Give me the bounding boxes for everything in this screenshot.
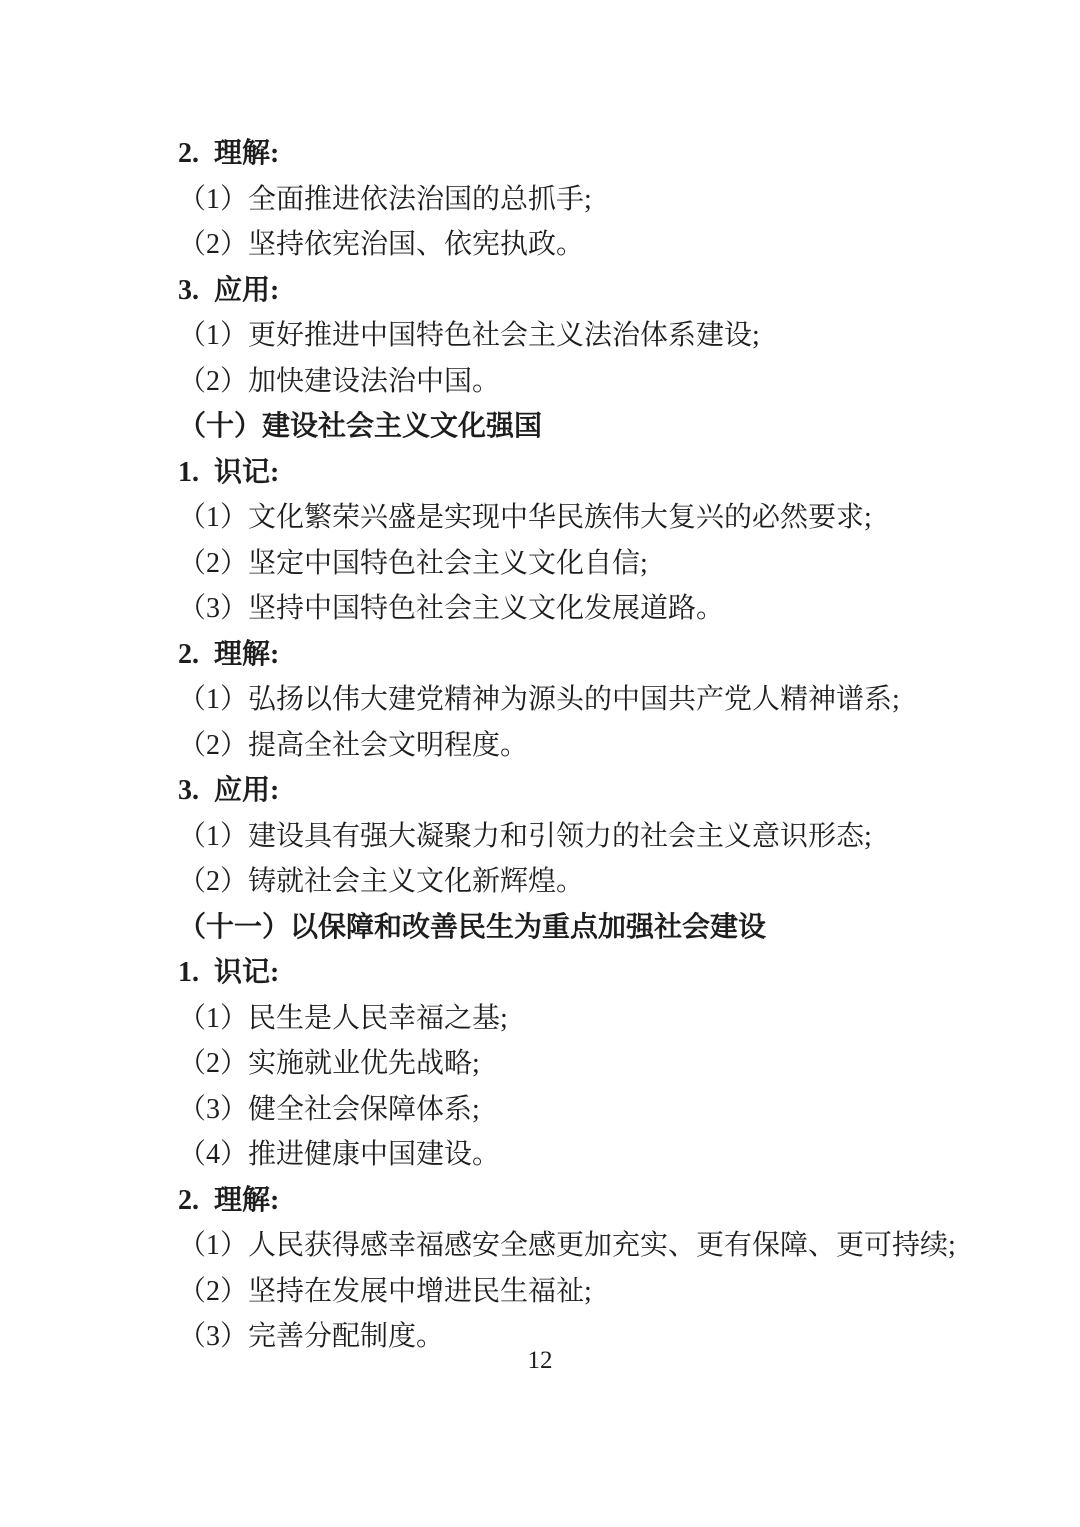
point-number: 3. <box>178 768 199 814</box>
outline-item: （4）推进健康中国建设。 <box>178 1132 956 1178</box>
outline-item: （2）坚持在发展中增进民生福祉; <box>178 1269 956 1315</box>
point-label: 理解: <box>214 138 279 169</box>
point-label: 理解: <box>214 1185 279 1216</box>
outline-point-heading: 1.识记: <box>178 450 956 496</box>
outline-item: （3）健全社会保障体系; <box>178 1087 956 1133</box>
outline-point-heading: 3.应用: <box>178 768 956 814</box>
page-number: 12 <box>0 1347 1080 1375</box>
outline-point-heading: 2.理解: <box>178 1178 956 1224</box>
outline-item: （2）提高全社会文明程度。 <box>178 723 956 769</box>
outline-item: （1）全面推进依法治国的总抓手; <box>178 177 956 223</box>
point-label: 识记: <box>214 457 279 488</box>
outline-item: （3）坚持中国特色社会主义文化发展道路。 <box>178 586 956 632</box>
outline-item: （2）加快建设法治中国。 <box>178 359 956 405</box>
outline-item: （1）弘扬以伟大建党精神为源头的中国共产党人精神谱系; <box>178 677 956 723</box>
point-number: 1. <box>178 450 199 496</box>
outline-item: （1）更好推进中国特色社会主义法治体系建设; <box>178 313 956 359</box>
outline-point-heading: 3.应用: <box>178 268 956 314</box>
point-label: 理解: <box>214 639 279 670</box>
outline-item: （1）人民获得感幸福感安全感更加充实、更有保障、更可持续; <box>178 1223 956 1269</box>
point-number: 2. <box>178 131 199 177</box>
outline-item: （2）实施就业优先战略; <box>178 1041 956 1087</box>
point-label: 应用: <box>214 275 279 306</box>
outline-item: （2）铸就社会主义文化新辉煌。 <box>178 859 956 905</box>
point-number: 2. <box>178 1178 199 1224</box>
outline-point-heading: 1.识记: <box>178 950 956 996</box>
point-number: 2. <box>178 632 199 678</box>
outline-content: 2.理解:（1）全面推进依法治国的总抓手;（2）坚持依宪治国、依宪执政。3.应用… <box>178 131 956 1360</box>
section-heading: （十）建设社会主义文化强国 <box>178 404 956 450</box>
outline-item: （1）建设具有强大凝聚力和引领力的社会主义意识形态; <box>178 814 956 860</box>
outline-item: （2）坚定中国特色社会主义文化自信; <box>178 541 956 587</box>
document-page: 2.理解:（1）全面推进依法治国的总抓手;（2）坚持依宪治国、依宪执政。3.应用… <box>0 0 1080 1527</box>
outline-item: （1）文化繁荣兴盛是实现中华民族伟大复兴的必然要求; <box>178 495 956 541</box>
point-label: 识记: <box>214 957 279 988</box>
point-number: 3. <box>178 268 199 314</box>
outline-item: （2）坚持依宪治国、依宪执政。 <box>178 222 956 268</box>
outline-point-heading: 2.理解: <box>178 131 956 177</box>
outline-point-heading: 2.理解: <box>178 632 956 678</box>
outline-item: （1）民生是人民幸福之基; <box>178 996 956 1042</box>
point-number: 1. <box>178 950 199 996</box>
point-label: 应用: <box>214 775 279 806</box>
section-heading: （十一）以保障和改善民生为重点加强社会建设 <box>178 905 956 951</box>
